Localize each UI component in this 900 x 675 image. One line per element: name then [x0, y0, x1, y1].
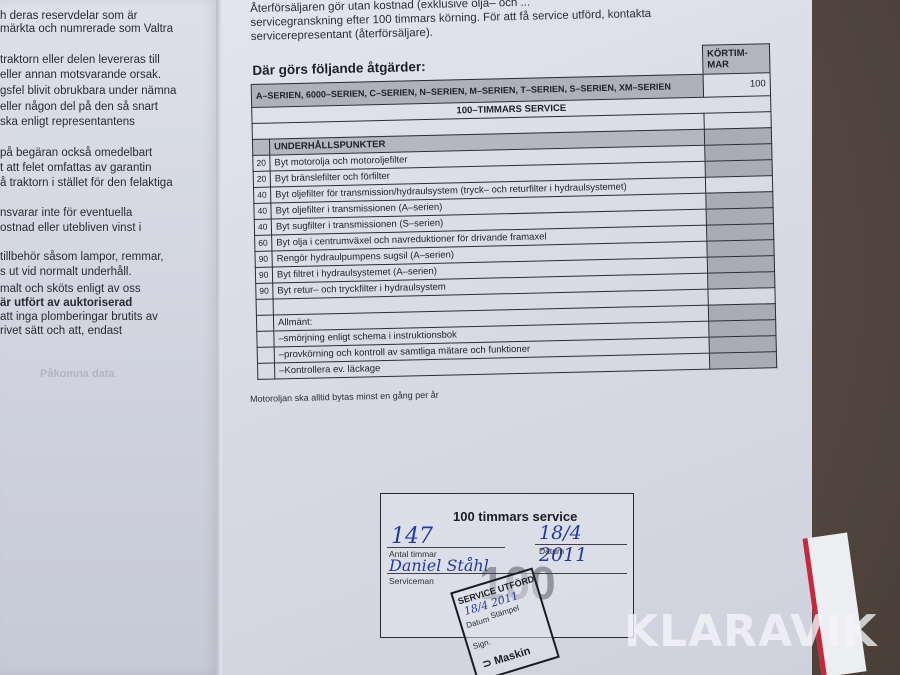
- interval-code: 40: [254, 219, 271, 235]
- check-cell[interactable]: [709, 319, 776, 337]
- text-line: rivet sätt och att, endast: [0, 324, 122, 338]
- date-label: Datum: [539, 546, 564, 556]
- kortimmar-value: 100: [703, 72, 771, 97]
- check-cell[interactable]: [706, 223, 773, 241]
- service-checklist: Där görs följande åtgärder: KÖRTIM-MAR A…: [250, 43, 770, 55]
- check-cell[interactable]: [709, 335, 776, 353]
- text-line: nsvarar inte för eventuella: [0, 206, 132, 220]
- text-line: att inga plomberingar brutits av: [0, 310, 158, 324]
- interval-code: 90: [255, 267, 272, 283]
- check-cell[interactable]: [706, 207, 773, 225]
- faded-heading: Påkomna data: [40, 368, 115, 380]
- check-cell[interactable]: [709, 351, 776, 369]
- interval-code: 20: [253, 155, 270, 171]
- check-cell[interactable]: [705, 175, 772, 193]
- text-line: t att felet omfattas av garantin: [0, 161, 152, 175]
- check-cell[interactable]: [705, 143, 772, 161]
- text-line: på begäran också omedelbart: [0, 146, 152, 160]
- text-line: gsfel blivit obrukbara under nämna: [0, 84, 176, 98]
- check-cell[interactable]: [707, 239, 774, 257]
- text-line: traktorn eller delen levereras till: [0, 53, 160, 67]
- text-line: s ut vid normalt underhåll.: [0, 265, 132, 279]
- interval-code: 40: [254, 203, 271, 219]
- stamp-sign-label: Sign.: [472, 637, 492, 651]
- left-page: h deras reservdelar som är märkta och nu…: [0, 0, 218, 675]
- text-line: ska enligt representantens: [0, 115, 135, 129]
- interval-code: 90: [255, 251, 272, 267]
- text-line: är utfört av auktoriserad: [0, 296, 132, 310]
- text-line: h deras reservdelar som är: [0, 9, 137, 23]
- interval-code: 40: [253, 187, 270, 203]
- text-line: eller annan motsvarande orsak.: [0, 68, 161, 82]
- text-line: ostnad eller utebliven vinst i: [0, 221, 141, 235]
- check-cell[interactable]: [707, 255, 774, 273]
- date-line: [535, 544, 627, 545]
- maskin-logo: ⊃ Maskin: [481, 644, 532, 671]
- interval-code: 20: [253, 171, 270, 187]
- interval-code: 90: [256, 283, 273, 299]
- serviceman-line: [387, 573, 627, 574]
- brand-name: Maskin: [493, 645, 532, 667]
- intro-text: Återförsäljaren gör utan kostnad (exklus…: [250, 0, 652, 44]
- text-line: malt och sköts enligt av oss: [0, 282, 141, 296]
- hours-handwritten: 147: [391, 524, 433, 549]
- hours-line: [387, 547, 505, 548]
- oil-note: Motoroljan ska alltid bytas minst en gån…: [250, 390, 439, 404]
- text-line: eller någon del på den så snart: [0, 100, 158, 114]
- text-line: å traktorn i stället för den felaktiga: [0, 176, 173, 190]
- serviceman-label: Serviceman: [389, 576, 434, 586]
- check-cell[interactable]: [708, 271, 775, 289]
- checklist-table: KÖRTIM-MAR A–SERIEN, 6000–SERIEN, C–SERI…: [250, 43, 777, 379]
- interval-code: 60: [255, 235, 272, 251]
- check-cell[interactable]: [706, 191, 773, 209]
- watermark: KLARAVIK: [624, 606, 878, 657]
- kortimmar-header: KÖRTIM-MAR: [702, 44, 770, 74]
- text-line: märkta och numrerade som Valtra: [0, 22, 173, 36]
- check-cell[interactable]: [705, 159, 772, 177]
- text-line: tillbehör såsom lampor, remmar,: [0, 250, 164, 264]
